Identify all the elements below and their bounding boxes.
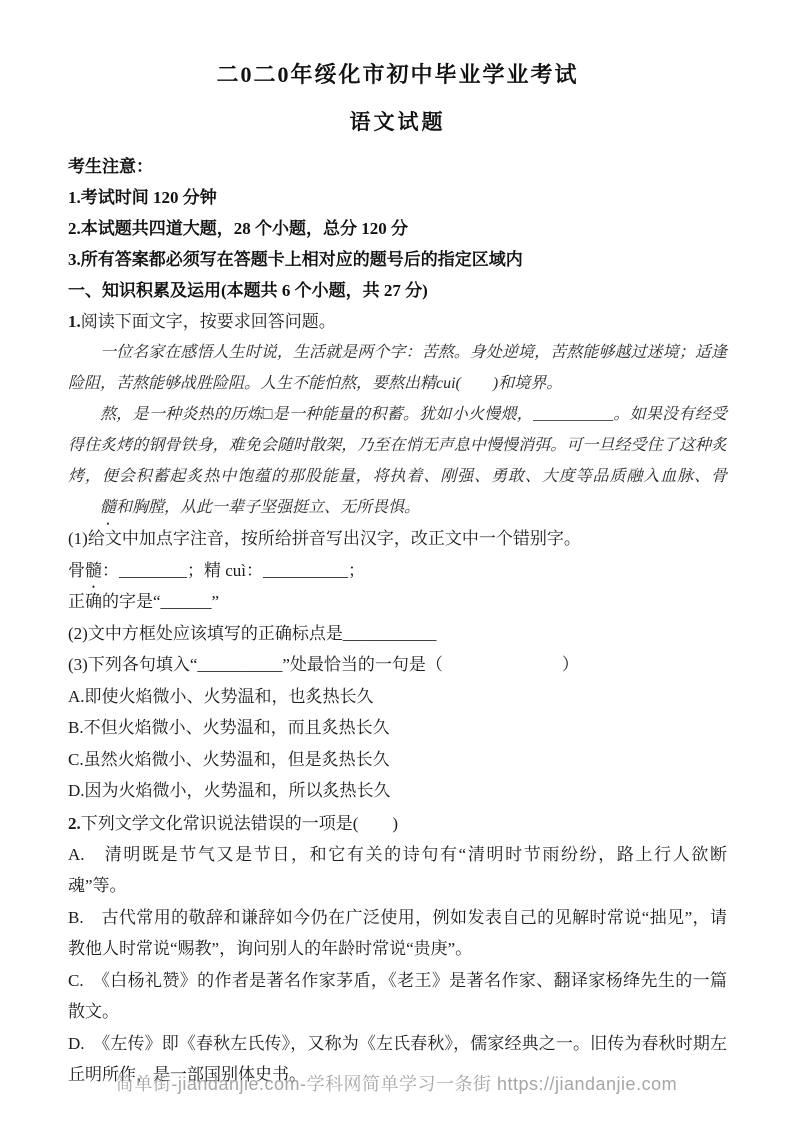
subquestion-1: (1)给文中加点字注音，按所给拼音写出汉字，改正文中一个错别字。 xyxy=(68,523,727,555)
passage-paragraph-2: 熬，是一种炎热的历炼□是一种能量的积蓄。犹如小火慢煨，__________。如果… xyxy=(68,399,727,523)
pinyin-answer-line: 骨髓：________；精 cuì：__________； xyxy=(68,555,727,587)
pinyin-dotted-char: 髓 xyxy=(85,555,102,587)
pinyin-prefix: 骨 xyxy=(68,561,85,580)
question1-number: 1. xyxy=(68,312,81,331)
subquestion-3: (3)下列各句填入“__________”处最恰当的一句是（ ） xyxy=(68,649,727,681)
reading-passage: 一位名家在感悟人生时说，生活就是两个字：苦熬。身处逆境，苦熬能够越过迷境；适逢险… xyxy=(68,337,727,523)
section-heading: 一、知识积累及运用(本题共 6 个小题，共 27 分) xyxy=(68,275,727,306)
site-watermark: 简单街-jiandanjie.com-学科网简单学习一条街 https://ji… xyxy=(0,1070,793,1096)
exam-title: 二0二0年绥化市初中毕业学业考试 xyxy=(68,58,727,89)
question1-options: A.即使火焰微小、火势温和，也炙热长久 B.不但火焰微小、火势温和，而且炙热长久… xyxy=(68,681,727,807)
notice-heading: 考生注意： xyxy=(68,151,727,182)
question2: 2.下列文学文化常识说法错误的一项是( ) A. 清明既是节气又是节日，和它有关… xyxy=(68,808,727,1091)
exam-paper-page: 二0二0年绥化市初中毕业学业考试 语文试题 考生注意： 1.考试时间 120 分… xyxy=(0,0,793,1122)
question2-options: A. 清明既是节气又是节日，和它有关的诗句有“清明时节雨纷纷，路上行人欲断魂”等… xyxy=(68,839,727,1091)
subquestion-2: (2)文中方框处应该填写的正确标点是___________ xyxy=(68,618,727,650)
question2-option-a: A. 清明既是节气又是节日，和它有关的诗句有“清明时节雨纷纷，路上行人欲断魂”等… xyxy=(68,839,727,902)
question1-option-c: C.虽然火焰微小、火势温和，但是炙热长久 xyxy=(68,744,727,776)
question1-stem: 1.阅读下面文字，按要求回答问题。 xyxy=(68,306,727,337)
passage-paragraph-2-start: 熬，是一种炎热的历炼□是一种能量的积蓄。犹如小火慢煨，__________。如果… xyxy=(68,406,727,485)
passage-paragraph-2-end: 和胸膛，从此一辈子坚强挺立、无所畏惧。 xyxy=(116,499,420,516)
question1-option-a: A.即使火焰微小、火势温和，也炙热长久 xyxy=(68,681,727,713)
exam-subtitle: 语文试题 xyxy=(68,106,727,136)
correct-char-line: 正确的字是“______” xyxy=(68,586,727,618)
question1-subquestions: (1)给文中加点字注音，按所给拼音写出汉字，改正文中一个错别字。 骨髓：____… xyxy=(68,523,727,681)
page-content: 二0二0年绥化市初中毕业学业考试 语文试题 考生注意： 1.考试时间 120 分… xyxy=(0,0,793,1091)
passage-dotted-char: 髓 xyxy=(68,492,116,523)
notice-item-3: 3.所有答案都必须写在答题卡上相对应的题号后的指定区域内 xyxy=(68,244,727,275)
question1-option-d: D.因为火焰微小，火势温和，所以炙热长久 xyxy=(68,775,727,807)
notice-section: 考生注意： 1.考试时间 120 分钟 2.本试题共四道大题，28 个小题，总分… xyxy=(68,151,727,306)
question2-number: 2. xyxy=(68,814,81,833)
pinyin-blanks: ：________；精 cuì：__________； xyxy=(102,561,365,580)
notice-item-2: 2.本试题共四道大题，28 个小题，总分 120 分 xyxy=(68,213,727,244)
question2-option-c: C. 《白杨礼赞》的作者是著名作家茅盾，《老王》是著名作家、翻译家杨绛先生的一篇… xyxy=(68,965,727,1028)
question1-option-b: B.不但火焰微小、火势温和，而且炙热长久 xyxy=(68,712,727,744)
question2-stem-text: 下列文学文化常识说法错误的一项是( ) xyxy=(81,814,398,833)
notice-item-1: 1.考试时间 120 分钟 xyxy=(68,182,727,213)
question2-stem: 2.下列文学文化常识说法错误的一项是( ) xyxy=(68,808,727,839)
question2-option-b: B. 古代常用的敬辞和谦辞如今仍在广泛使用，例如发表自己的见解时常说“拙见”，请… xyxy=(68,902,727,965)
passage-paragraph-1: 一位名家在感悟人生时说，生活就是两个字：苦熬。身处逆境，苦熬能够越过迷境；适逢险… xyxy=(68,337,727,399)
question1-stem-text: 阅读下面文字，按要求回答问题。 xyxy=(81,312,336,331)
